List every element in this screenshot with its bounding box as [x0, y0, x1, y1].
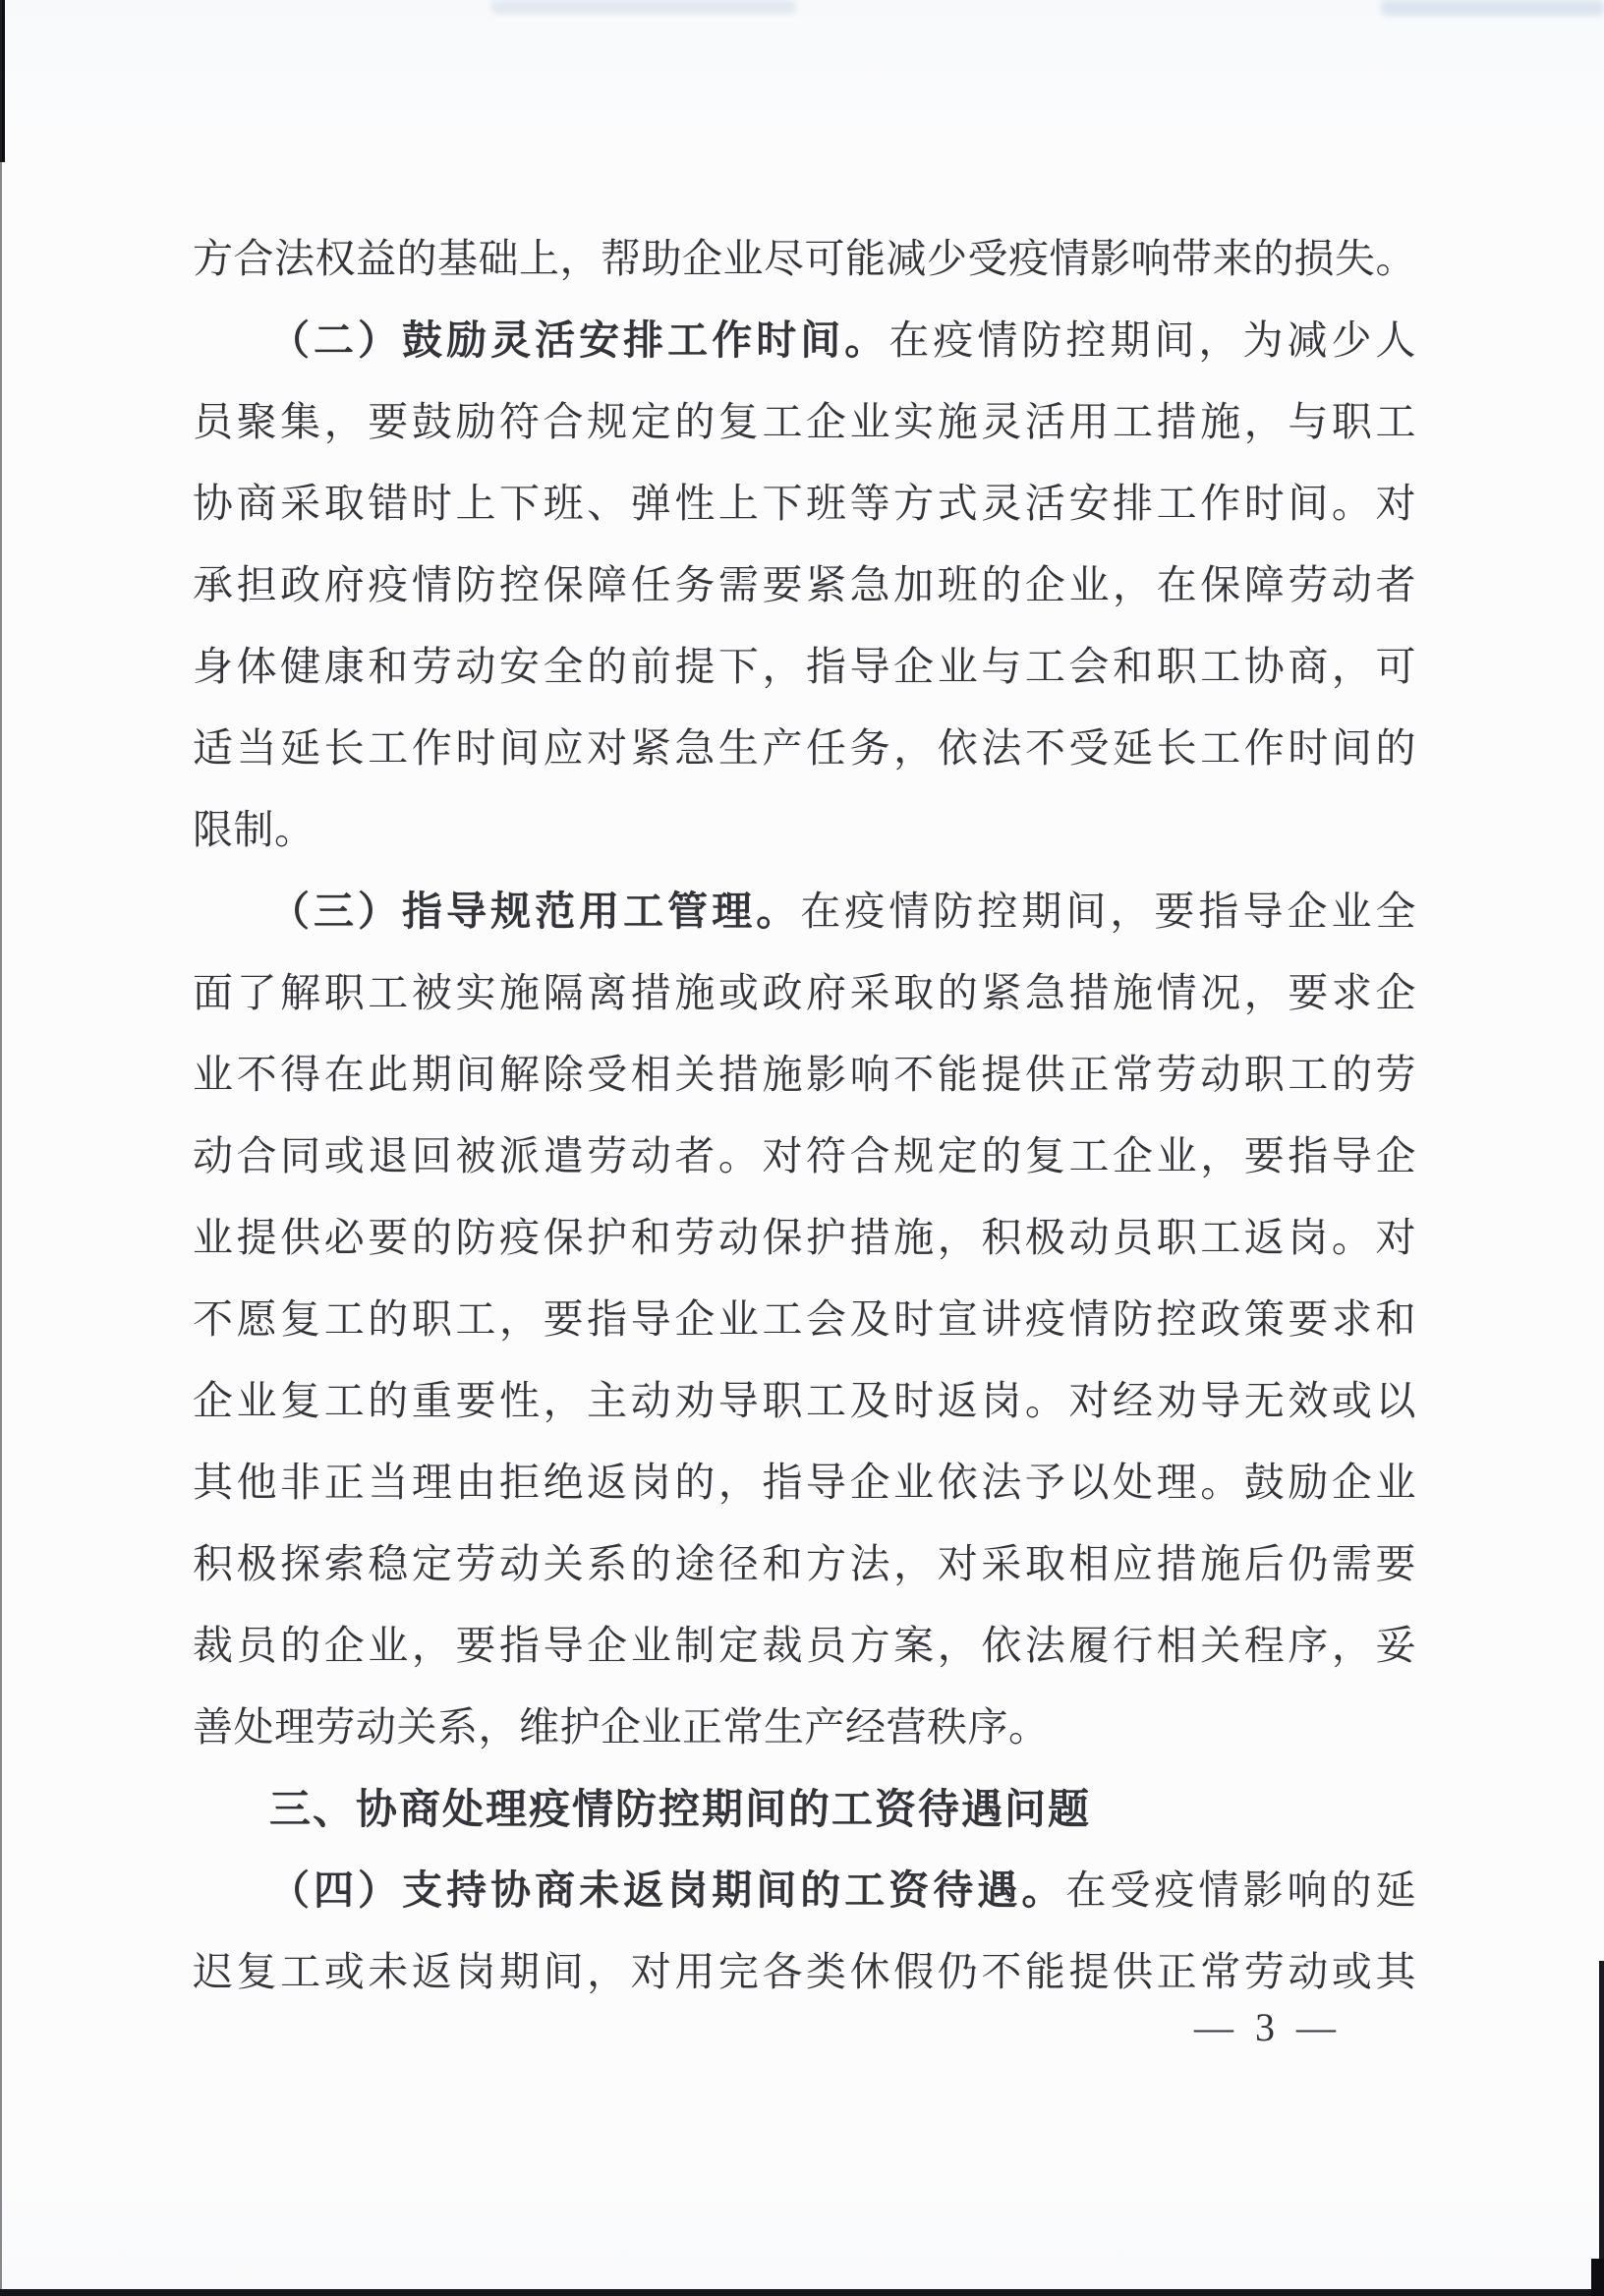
- scan-artifact-left-edge-line: [0, 0, 2, 2296]
- emphasis-segment: （二）鼓励灵活安排工作时间。: [269, 317, 888, 363]
- text-segment: 在疫情防控期间，要指导企业全: [800, 889, 1416, 934]
- text-segment: 协商采取错时上下班、弹性上下班等方式灵活安排工作时间。对: [193, 481, 1416, 526]
- document-line: 方合法权益的基础上，帮助企业尽可能减少受疫情影响带来的损失。: [193, 218, 1416, 300]
- text-segment: 业不得在此期间解除受相关措施影响不能提供正常劳动职工的劳: [193, 1052, 1416, 1097]
- document-line: 承担政府疫情防控保障任务需要紧急加班的企业，在保障劳动者: [193, 545, 1416, 626]
- document-line: 业提供必要的防疫保护和劳动保护措施，积极动员职工返岗。对: [193, 1197, 1416, 1279]
- emphasis-segment: （四）支持协商未返岗期间的工资待遇。: [269, 1867, 1065, 1913]
- scan-artifact-bottom-edge: [0, 2289, 1604, 2296]
- text-segment: 迟复工或未返岗期间，对用完各类休假仍不能提供正常劳动或其: [193, 1949, 1416, 1994]
- document-line: 员聚集，要鼓励符合规定的复工企业实施灵活用工措施，与职工: [193, 381, 1416, 463]
- section-heading-line: 三、协商处理疫情防控期间的工资待遇问题: [193, 1768, 1416, 1850]
- text-segment: 裁员的企业，要指导企业制定裁员方案，依法履行相关程序，妥: [193, 1623, 1416, 1668]
- text-segment: 企业复工的重要性，主动劝导职工及时返岗。对经劝导无效或以: [193, 1378, 1416, 1423]
- document-line: 限制。: [193, 789, 1416, 871]
- text-segment: 适当延长工作时间应对紧急生产任务，依法不受延长工作时间的: [193, 725, 1416, 771]
- document-line: 其他非正当理由拒绝返岗的，指导企业依法予以处理。鼓励企业: [193, 1442, 1416, 1523]
- scan-artifact-top-right-smudge: [1381, 0, 1604, 16]
- document-line: 业不得在此期间解除受相关措施影响不能提供正常劳动职工的劳: [193, 1034, 1416, 1116]
- scanned-page: 方合法权益的基础上，帮助企业尽可能减少受疫情影响带来的损失。（二）鼓励灵活安排工…: [0, 0, 1604, 2296]
- text-segment: 身体健康和劳动安全的前提下，指导企业与工会和职工协商，可: [193, 644, 1416, 689]
- document-line: 适当延长工作时间应对紧急生产任务，依法不受延长工作时间的: [193, 708, 1416, 789]
- document-line: 协商采取错时上下班、弹性上下班等方式灵活安排工作时间。对: [193, 463, 1416, 545]
- scan-artifact-right-edge: [1599, 1961, 1604, 2296]
- document-line: 积极探索稳定劳动关系的途径和方法，对采取相应措施后仍需要: [193, 1523, 1416, 1605]
- document-line: 企业复工的重要性，主动劝导职工及时返岗。对经劝导无效或以: [193, 1360, 1416, 1442]
- page-number: — 3 —: [1194, 2005, 1342, 2049]
- document-line: 面了解职工被实施隔离措施或政府采取的紧急措施情况，要求企: [193, 952, 1416, 1034]
- document-line: （三）指导规范用工管理。在疫情防控期间，要指导企业全: [193, 871, 1416, 952]
- document-line: 裁员的企业，要指导企业制定裁员方案，依法履行相关程序，妥: [193, 1605, 1416, 1687]
- emphasis-segment: （三）指导规范用工管理。: [269, 889, 800, 934]
- text-segment: 善处理劳动关系，维护企业正常生产经营秩序。: [193, 1704, 1050, 1750]
- emphasis-segment: 三、协商处理疫情防控期间的工资待遇问题: [269, 1786, 1091, 1832]
- text-segment: 业提供必要的防疫保护和劳动保护措施，积极动员职工返岗。对: [193, 1215, 1416, 1260]
- text-segment: 在疫情防控期间，为减少人: [888, 317, 1416, 363]
- text-segment: 方合法权益的基础上，帮助企业尽可能减少受疫情影响带来的损失。: [193, 236, 1416, 281]
- document-line: 善处理劳动关系，维护企业正常生产经营秩序。: [193, 1687, 1416, 1768]
- text-segment: 动合同或退回被派遣劳动者。对符合规定的复工企业，要指导企: [193, 1133, 1416, 1178]
- text-segment: 积极探索稳定劳动关系的途径和方法，对采取相应措施后仍需要: [193, 1541, 1416, 1586]
- document-line: （四）支持协商未返岗期间的工资待遇。在受疫情影响的延: [193, 1850, 1416, 1931]
- text-segment: 在受疫情影响的延: [1065, 1867, 1416, 1913]
- document-line: 不愿复工的职工，要指导企业工会及时宣讲疫情防控政策要求和: [193, 1279, 1416, 1360]
- scan-artifact-bottom-right-corner: [1591, 2259, 1604, 2296]
- text-segment: 承担政府疫情防控保障任务需要紧急加班的企业，在保障劳动者: [193, 562, 1416, 607]
- scan-artifact-top-smudge: [491, 0, 796, 14]
- document-text-block: 方合法权益的基础上，帮助企业尽可能减少受疫情影响带来的损失。（二）鼓励灵活安排工…: [193, 218, 1416, 2013]
- document-line: 迟复工或未返岗期间，对用完各类休假仍不能提供正常劳动或其: [193, 1931, 1416, 2013]
- document-line: （二）鼓励灵活安排工作时间。在疫情防控期间，为减少人: [193, 300, 1416, 381]
- document-line: 身体健康和劳动安全的前提下，指导企业与工会和职工协商，可: [193, 626, 1416, 708]
- text-segment: 面了解职工被实施隔离措施或政府采取的紧急措施情况，要求企: [193, 970, 1416, 1015]
- text-segment: 其他非正当理由拒绝返岗的，指导企业依法予以处理。鼓励企业: [193, 1460, 1416, 1505]
- text-segment: 员聚集，要鼓励符合规定的复工企业实施灵活用工措施，与职工: [193, 399, 1416, 444]
- page-number-row: — 3 —: [0, 2005, 1342, 2050]
- text-segment: 不愿复工的职工，要指导企业工会及时宣讲疫情防控政策要求和: [193, 1296, 1416, 1342]
- document-line: 动合同或退回被派遣劳动者。对符合规定的复工企业，要指导企: [193, 1116, 1416, 1197]
- text-segment: 限制。: [193, 807, 315, 852]
